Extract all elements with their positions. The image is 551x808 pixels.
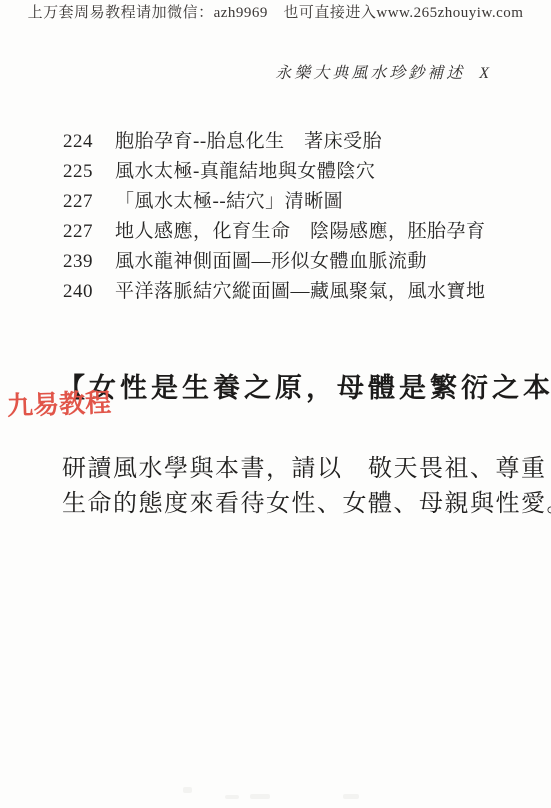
bleedthrough-smudge [225,795,239,799]
bleedthrough-smudge [250,794,270,799]
toc-page-number: 240 [63,281,115,303]
table-of-contents: 224 胞胎孕育--胎息化生 著床受胎 225 風水太極-真龍結地與女體陰穴 2… [63,126,511,306]
book-title: 永樂大典風水珍鈔補述 [275,65,465,82]
bleedthrough-smudge [183,787,192,793]
toc-entry-title: 「風水太極--結穴」清晰圖 [115,186,511,213]
toc-entry: 227 「風水太極--結穴」清晰圖 [63,186,511,216]
toc-entry: 224 胞胎孕育--胎息化生 著床受胎 [63,126,511,156]
body-paragraph: 研讀風水學與本書，請以 敬天畏祖、尊重 生命的態度來看待女性、女體、母親與性愛。 [62,452,502,522]
paragraph-line: 研讀風水學與本書，請以 敬天畏祖、尊重 [62,452,502,487]
toc-entry: 240 平洋落脈結穴縱面圖—藏風聚氣，風水寶地 [63,276,511,306]
toc-page-number: 239 [63,251,115,273]
promo-banner-text: 上万套周易教程请加微信：azh9969 也可直接进入www.265zhouyiw… [0,4,551,22]
motto-heading: 【女性是生養之原，母體是繁衍之本】 [58,366,551,405]
toc-entry: 225 風水太極-真龍結地與女體陰穴 [63,156,511,186]
toc-entry-title: 胞胎孕育--胎息化生 著床受胎 [115,126,511,153]
red-watermark-text: 九易教程 [6,382,111,423]
toc-page-number: 227 [63,221,115,243]
toc-page-number: 224 [63,131,115,153]
toc-entry: 239 風水龍神側面圖—形似女體血脈流動 [63,246,511,276]
bleedthrough-smudge [343,794,359,799]
toc-entry-title: 地人感應，化育生命 陰陽感應，胚胎孕育 [115,216,511,243]
toc-page-number: 225 [63,161,115,183]
toc-page-number: 227 [63,191,115,213]
scanned-book-page: 上万套周易教程请加微信：azh9969 也可直接进入www.265zhouyiw… [0,0,551,808]
running-head: 永樂大典風水珍鈔補述X [275,60,489,83]
toc-entry-title: 風水太極-真龍結地與女體陰穴 [115,156,511,183]
page-number-roman: X [479,65,489,82]
toc-entry-title: 平洋落脈結穴縱面圖—藏風聚氣，風水寶地 [115,276,511,303]
paragraph-line: 生命的態度來看待女性、女體、母親與性愛。 [62,487,502,522]
toc-entry-title: 風水龍神側面圖—形似女體血脈流動 [115,246,511,273]
toc-entry: 227 地人感應，化育生命 陰陽感應，胚胎孕育 [63,216,511,246]
